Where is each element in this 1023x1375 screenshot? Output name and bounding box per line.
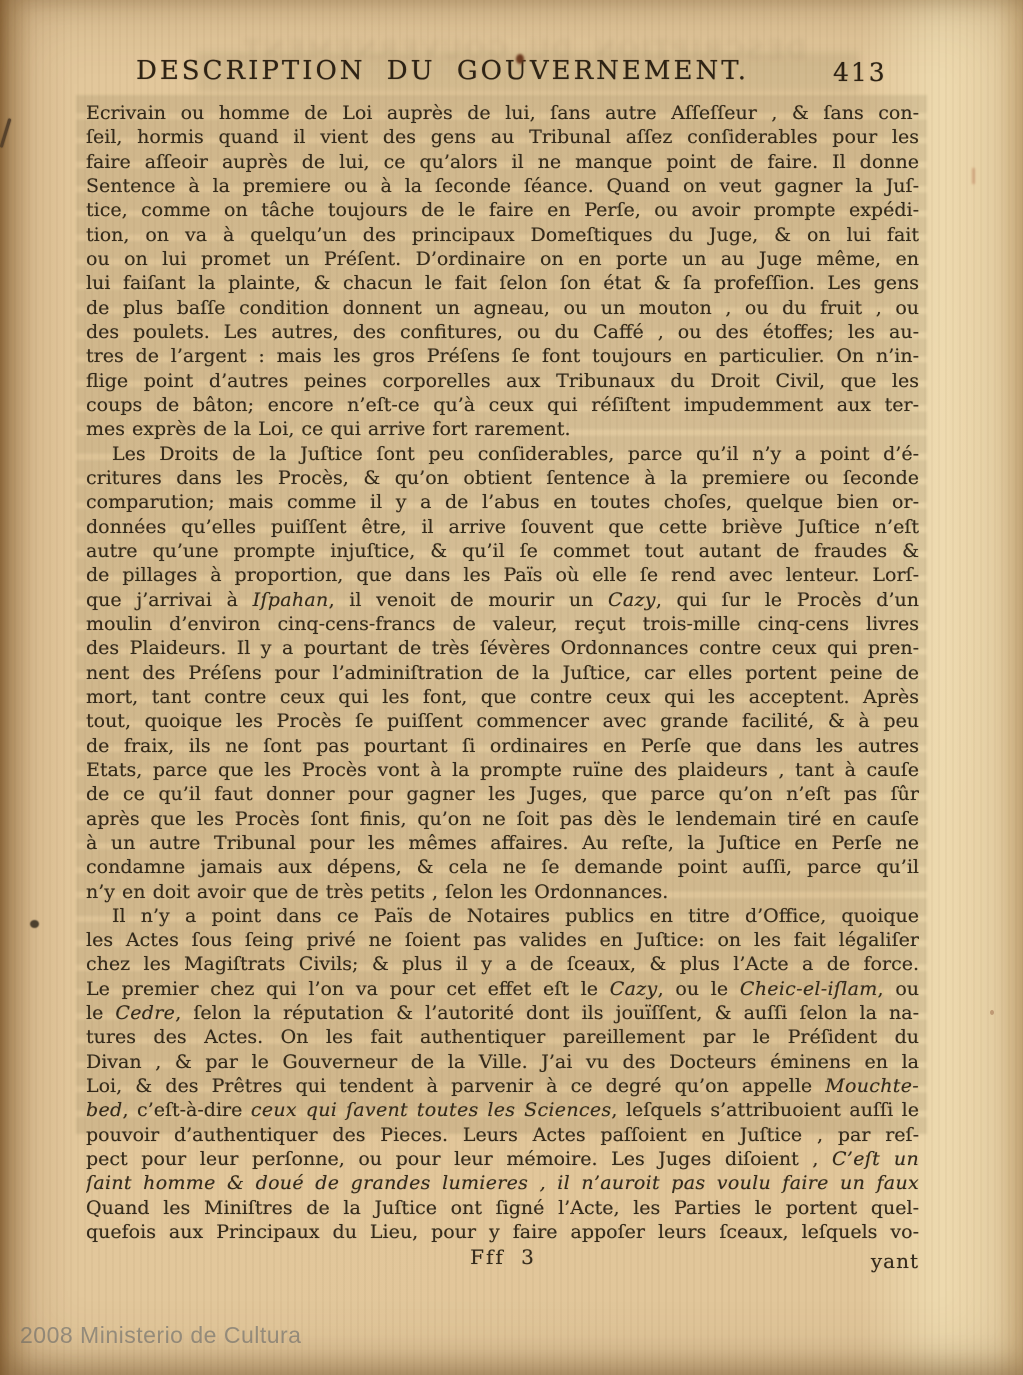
text-line: à un autre Tribunal pour les mêmes affai… (86, 831, 919, 855)
text-line: tures des Actes. On les fait authentique… (86, 1025, 919, 1049)
margin-pen-mark (0, 118, 11, 148)
text-line: moulin d’environ cinq-cens-francs de val… (86, 612, 919, 636)
text-line: Loi, & des Prêtres qui tendent à parveni… (86, 1074, 919, 1098)
text-line: les Actes ſous ſeing privé ne ſoient pas… (86, 928, 919, 952)
text-line: données qu’elles puiſſent être, il arriv… (86, 515, 919, 539)
text-line: flige point d’autres peines corporelles … (86, 369, 919, 393)
text-line: faire aſſeoir auprès de lui, ce qu’alors… (86, 150, 919, 174)
text-line: condamne jamais aux dépens, & cela ne ſe… (86, 855, 919, 879)
text-line: bed, c’eſt-à-dire ceux qui ſavent toutes… (86, 1098, 919, 1122)
library-watermark: 2008 Ministerio de Cultura (20, 1322, 301, 1349)
text-line: Ecrivain ou homme de Loi auprès de lui, … (86, 101, 919, 125)
paper-fiber-speck (972, 168, 975, 184)
text-line: ſaint homme & doué de grandes lumieres ,… (86, 1171, 919, 1195)
text-line: Le premier chez qui l’on va pour cet eff… (86, 977, 919, 1001)
paper-fiber-speck (990, 1010, 994, 1015)
paragraph: Il n’y a point dans ce Païs de Notaires … (86, 904, 919, 1245)
page-title: DESCRIPTION DU GOUVERNEMENT. (86, 56, 919, 86)
running-header: DESCRIPTION DU GOUVERNEMENT. 413 (86, 56, 919, 90)
text-line: de fraix, ils ne ſont pas pourtant ſi or… (86, 734, 919, 758)
page-number: 413 (833, 58, 887, 87)
text-line: n’y en doit avoir que de très petits , ſ… (86, 880, 919, 904)
text-line: mes exprès de la Loi, ce qui arrive fort… (86, 417, 919, 441)
text-line: ſeil, hormis quand il vient des gens au … (86, 125, 919, 149)
text-line: tout, quoique les Procès ſe puiſſent com… (86, 709, 919, 733)
text-line: des Plaideurs. Il y a pourtant de très ſ… (86, 636, 919, 660)
text-line: de plus baſſe condition donnent un agnea… (86, 296, 919, 320)
text-line: tres de l’argent : mais les gros Préſens… (86, 344, 919, 368)
text-line: de ce qu’il faut donner pour gagner les … (86, 782, 919, 806)
ink-spot-left-margin (30, 920, 39, 928)
text-line: comparution; mais comme il y a de l’abus… (86, 490, 919, 514)
text-line: après que les Procès ſont finis, qu’on n… (86, 807, 919, 831)
text-line: mort, tant contre ceux qui les font, que… (86, 685, 919, 709)
text-line: chez les Magiſtrats Civils; & plus il y … (86, 952, 919, 976)
text-line: Etats, parce que les Procès vont à la pr… (86, 758, 919, 782)
text-line: des poulets. Les autres, des confitures,… (86, 320, 919, 344)
text-line: pouvoir d’authentiquer des Pieces. Leurs… (86, 1123, 919, 1147)
text-line: nent des Préſens pour l’adminiſtration d… (86, 661, 919, 685)
text-line: coups de bâton; encore n’eſt-ce qu’à ceu… (86, 393, 919, 417)
text-line: critures dans les Procès, & qu’on obtien… (86, 466, 919, 490)
text-line: pect pour leur perſonne, ou pour leur mé… (86, 1147, 919, 1171)
paragraph: Les Droits de la Juſtice ſont peu conſid… (86, 442, 919, 904)
text-line: ou on lui promet un Préſent. D’ordinaire… (86, 247, 919, 271)
text-line: le Cedre, ſelon la réputation & l’autori… (86, 1001, 919, 1025)
body-text-block: Ecrivain ou homme de Loi auprès de lui, … (86, 101, 919, 1244)
text-line: Sentence à la premiere ou à la ſeconde ſ… (86, 174, 919, 198)
text-line: autre qu’une prompte injuſtice, & qu’il … (86, 539, 919, 563)
text-line: de pillages à proportion, que dans les P… (86, 563, 919, 587)
text-line: Quand les Miniſtres de la Juſtice ont ſi… (86, 1196, 919, 1220)
text-line: Divan , & par le Gouverneur de la Ville.… (86, 1050, 919, 1074)
text-line: Il n’y a point dans ce Païs de Notaires … (86, 904, 919, 928)
text-line: lui faiſant la plainte, & chacun le fait… (86, 271, 919, 295)
printers-signature: Fff 3 (438, 1245, 568, 1269)
text-line: quefois aux Principaux du Lieu, pour y f… (86, 1220, 919, 1244)
catchword: yant (871, 1249, 919, 1273)
footer-line: Fff 3 yant (86, 1245, 919, 1275)
text-line: tice, comme on tâche toujours de le fair… (86, 198, 919, 222)
text-line: Les Droits de la Juſtice ſont peu conſid… (86, 442, 919, 466)
paragraph: Ecrivain ou homme de Loi auprès de lui, … (86, 101, 919, 442)
ink-speck-top (516, 54, 524, 64)
text-line: que j’arrivai à Iſpahan, il venoit de mo… (86, 588, 919, 612)
text-line: tion, on va à quelqu’un des principaux D… (86, 223, 919, 247)
book-page-scan: DESCRIPTION DU GOUVERNEMENT. DESCRIPTION… (0, 0, 1023, 1375)
